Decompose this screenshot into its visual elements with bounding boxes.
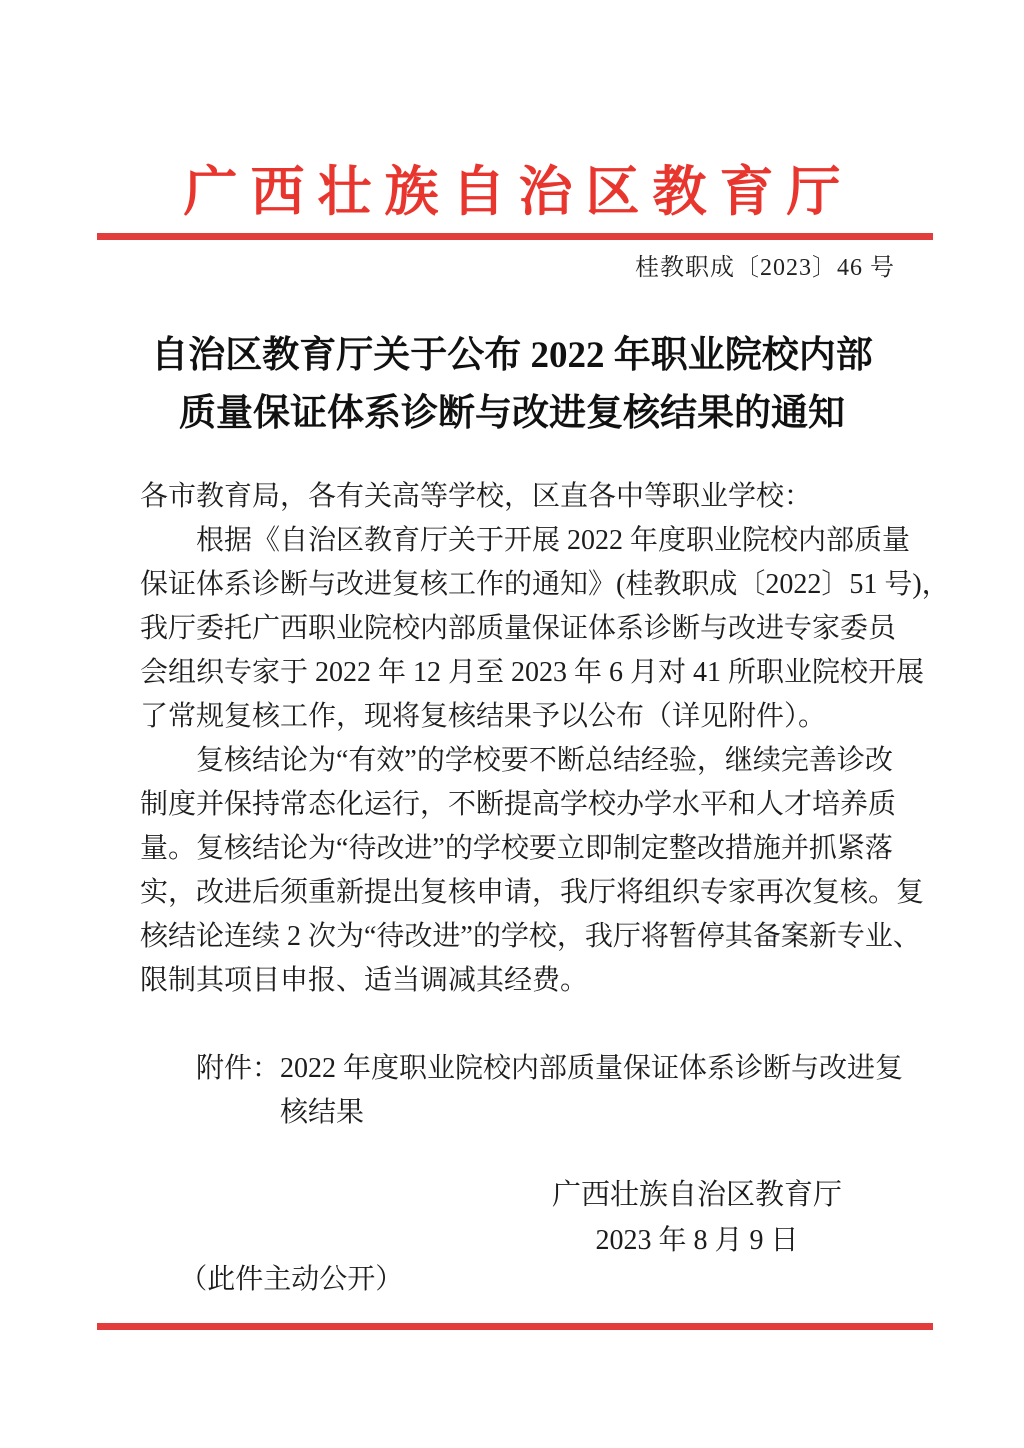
body-line: 量。复核结论为“待改进”的学校要立即制定整改措施并抓紧落 (140, 827, 895, 871)
body-line: 实，改进后须重新提出复核申请，我厅将组织专家再次复核。复 (140, 871, 895, 915)
body-line: 限制其项目申报、适当调减其经费。 (140, 959, 895, 1003)
body-line: 保证体系诊断与改进复核工作的通知》(桂教职成〔2022〕51 号)， (140, 563, 895, 607)
attachment-line: 附件：2022 年度职业院校内部质量保证体系诊断与改进复 (140, 1047, 895, 1091)
letterhead-org-name: 广西壮族自治区教育厅 (0, 160, 1024, 224)
document-page: 广西壮族自治区教育厅 桂教职成〔2023〕46 号 自治区教育厅关于公布 202… (0, 0, 1024, 1448)
body-line: 我厅委托广西职业院校内部质量保证体系诊断与改进专家委员 (140, 607, 895, 651)
document-title: 自治区教育厅关于公布 2022 年职业院校内部 质量保证体系诊断与改进复核结果的… (0, 327, 1024, 443)
footer-rule (97, 1323, 933, 1330)
public-disclosure-note: （此件主动公开） (140, 1258, 895, 1302)
document-title-line1: 自治区教育厅关于公布 2022 年职业院校内部 (0, 327, 1024, 385)
document-body: 各市教育局，各有关高等学校，区直各中等职业学校： 根据《自治区教育厅关于开展 2… (140, 475, 895, 1003)
body-line: 了常规复核工作，现将复核结果予以公布（详见附件）。 (140, 695, 895, 739)
body-line: 复核结论为“有效”的学校要不断总结经验，继续完善诊改 (140, 739, 895, 783)
attachment-line: 核结果 (140, 1091, 895, 1135)
body-line: 各市教育局，各有关高等学校，区直各中等职业学校： (140, 475, 895, 519)
body-line: 核结论连续 2 次为“待改进”的学校，我厅将暂停其备案新专业、 (140, 915, 895, 959)
body-line: 制度并保持常态化运行，不断提高学校办学水平和人才培养质 (140, 783, 895, 827)
document-number: 桂教职成〔2023〕46 号 (635, 252, 895, 284)
letterhead-rule (97, 233, 933, 240)
signature-org-name: 广西壮族自治区教育厅 (552, 1172, 842, 1218)
document-title-line2: 质量保证体系诊断与改进复核结果的通知 (0, 385, 1024, 443)
signature-section: 广西壮族自治区教育厅 2023 年 8 月 9 日 (552, 1172, 842, 1264)
attachment-section: 附件：2022 年度职业院校内部质量保证体系诊断与改进复 核结果 (140, 1047, 895, 1135)
body-line: 会组织专家于 2022 年 12 月至 2023 年 6 月对 41 所职业院校… (140, 651, 895, 695)
body-line: 根据《自治区教育厅关于开展 2022 年度职业院校内部质量 (140, 519, 895, 563)
